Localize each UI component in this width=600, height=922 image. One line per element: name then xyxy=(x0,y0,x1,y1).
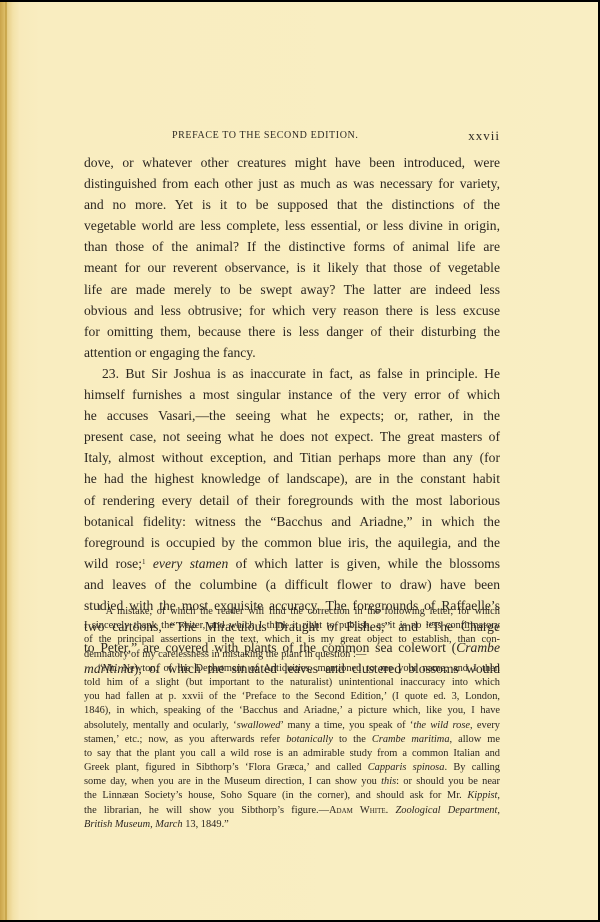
text-line: some day, when you are in the Museum dir… xyxy=(84,775,500,789)
text-line: of the principal assertions in the text,… xyxy=(84,633,500,647)
text-line: meant for our reverent observance, is it… xyxy=(84,257,500,278)
text-line: attention or engaging the fancy. xyxy=(84,342,500,363)
text-run: . xyxy=(386,805,396,816)
book-page: PREFACE TO THE SECOND EDITION. xxvii dov… xyxy=(0,2,598,920)
text-line: himself furnishes a most singular instan… xyxy=(84,384,500,405)
text-run: , xyxy=(497,790,500,801)
text-line: for omitting them, because there is less… xyxy=(84,321,500,342)
text-line: and leaves of the columbine (a difficult… xyxy=(84,574,500,595)
text-line: present case, not seeing what he does no… xyxy=(84,426,500,447)
text-run: of which latter is given, while the blos… xyxy=(228,556,500,571)
running-head-title: PREFACE TO THE SECOND EDITION. xyxy=(172,130,358,141)
gutter-shadow xyxy=(5,2,7,920)
text-line: vegetable world are less complete, less … xyxy=(84,215,500,236)
italic-text: swallowed xyxy=(237,720,281,731)
text-line: dove, or whatever other creatures might … xyxy=(84,152,500,173)
text-line: obvious and less obtrusive; for which ve… xyxy=(84,300,500,321)
text-line: I sincerely thank the writer, and which … xyxy=(84,619,500,633)
text-line: Italy, almost without exception, and Tit… xyxy=(84,447,500,468)
text-line: to say that the plant you call a wild ro… xyxy=(84,747,500,761)
italic-text: Zoological Department xyxy=(396,805,498,816)
text-run: , xyxy=(497,805,500,816)
text-line: demnatory of my carelessness in mistakin… xyxy=(84,648,500,662)
text-run: to the xyxy=(333,734,372,745)
text-run: 13, 1849.” xyxy=(183,819,229,830)
text-line: absolutely, mentally and ocularly, ‘swal… xyxy=(84,719,500,733)
italic-text: every stamen xyxy=(146,556,229,571)
italic-text: Capparis spinosa xyxy=(368,762,445,773)
text-line: he accuses Vasari,—the seeing what he ex… xyxy=(84,405,500,426)
text-line: the Linnæan Society’s house, Soho Square… xyxy=(84,789,500,803)
text-run: stamen,’ etc.; now, as you afterwards re… xyxy=(84,734,286,745)
text-line: of rendering every detail of their foreg… xyxy=(84,490,500,511)
text-line: 23. But Sir Joshua is as inaccurate in f… xyxy=(84,363,500,384)
text-line: botanical fidelity: witness the “Bacchus… xyxy=(84,511,500,532)
italic-text: this xyxy=(381,776,396,787)
text-run: Greek plant, figured in Sibthorp’s ‘Flor… xyxy=(84,762,368,773)
text-run: the librarian, he will show you Sibthorp… xyxy=(84,805,329,816)
text-line: 1 A mistake, of which the reader will fi… xyxy=(84,605,500,619)
text-line: stamen,’ etc.; now, as you afterwards re… xyxy=(84,733,500,747)
italic-text: the wild rose xyxy=(413,720,470,731)
text-line: told him of a slight (but important to t… xyxy=(84,676,500,690)
text-line: wild rose;1 every stamen of which latter… xyxy=(84,553,500,574)
text-line: and no more. Yet is it to be supposed th… xyxy=(84,194,500,215)
text-run: , allow me xyxy=(450,734,500,745)
text-line: 1846), in which, speaking of the ‘Bacchu… xyxy=(84,704,500,718)
text-run: some day, when you are in the Museum dir… xyxy=(84,776,381,787)
text-run: . By calling xyxy=(444,762,500,773)
italic-text: British Museum, March xyxy=(84,819,183,830)
text-line: Greek plant, figured in Sibthorp’s ‘Flor… xyxy=(84,761,500,775)
italic-text: botanically xyxy=(286,734,333,745)
text-line: life are made merely to be swept away? T… xyxy=(84,279,500,300)
text-run: ’ many a time, you speak of ‘ xyxy=(280,720,413,731)
text-line: the librarian, he will show you Sibthorp… xyxy=(84,804,500,818)
text-run: the Linnæan Society’s house, Soho Square… xyxy=(84,790,467,801)
page-number: xxvii xyxy=(468,128,500,144)
text-run: wild rose; xyxy=(84,556,142,571)
text-line: British Museum, March 13, 1849.” xyxy=(84,818,500,832)
text-run: : or should you be near xyxy=(396,776,500,787)
text-run: absolutely, mentally and ocularly, ‘ xyxy=(84,720,237,731)
footnote: 1 A mistake, of which the reader will fi… xyxy=(84,605,500,832)
text-line: foreground is occupied by the common blu… xyxy=(84,532,500,553)
text-line: “Mr. Newton, of the Department of Antiqu… xyxy=(84,662,500,676)
author-name: Adam White xyxy=(329,805,386,816)
italic-text: Crambe maritima xyxy=(372,734,450,745)
italic-text: Kippist xyxy=(467,790,497,801)
body-text: dove, or whatever other creatures might … xyxy=(84,152,500,679)
text-run: , every xyxy=(470,720,500,731)
text-line: you had fallen at p. xxvii of the ‘Prefa… xyxy=(84,690,500,704)
text-line: distinguished from each other just as mu… xyxy=(84,173,500,194)
text-line: he had the highest knowledge of landscap… xyxy=(84,468,500,489)
text-run: A mistake, of which the reader will find… xyxy=(102,606,501,617)
running-head: PREFACE TO THE SECOND EDITION. xxvii xyxy=(84,130,500,146)
text-line: than those of the animal? If the distinc… xyxy=(84,236,500,257)
